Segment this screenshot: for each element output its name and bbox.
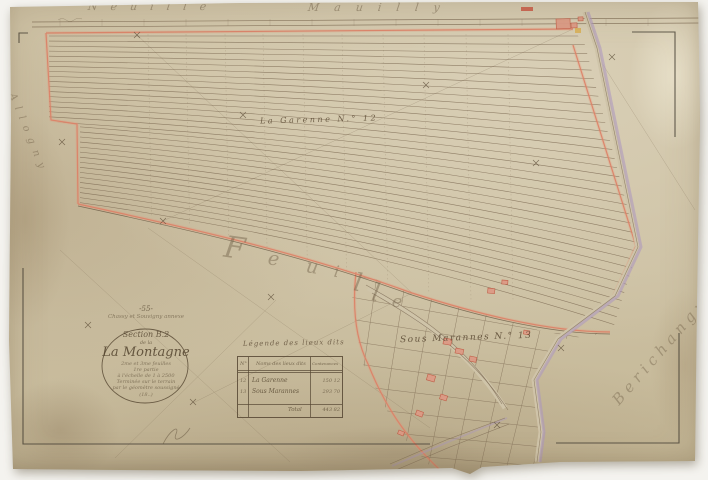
pen-flourish <box>163 428 190 444</box>
cartouche-header-note: Chassy et Souvigny annexe <box>101 315 191 321</box>
legend-row-no: 13 <box>240 390 246 395</box>
legend-row-value: 293 70 <box>323 390 341 395</box>
legend-total-line <box>238 404 342 405</box>
legend-col-name: Noms des lieux dits <box>256 362 306 367</box>
pen-scribble <box>58 18 82 21</box>
legend-row-line <box>238 370 342 371</box>
legend-total-label: Total <box>288 408 302 414</box>
cartouche-section: Section B.2 <box>101 331 191 339</box>
legend-col-line <box>248 357 249 417</box>
legend-total-value: 443 82 <box>323 408 341 413</box>
top-edge-commune-right: Mauilly <box>307 2 455 13</box>
legend-row-name: La Garenne <box>252 378 288 384</box>
legend-table: N° Noms des lieux dits Contenances 12 La… <box>237 356 343 418</box>
legend-row-value: 150 12 <box>323 379 341 384</box>
cartouche-subline: (18..) <box>101 393 191 398</box>
strip-dividers <box>148 34 513 300</box>
legend-row-line <box>238 372 342 373</box>
scanned-map-page: Neuille Mauilly Allogny Berichangy La Ga… <box>0 0 708 480</box>
north-boundary-road <box>32 18 700 27</box>
map-linework <box>0 0 708 480</box>
village-parcels <box>322 240 640 478</box>
legend-col-value: Contenances <box>312 362 338 366</box>
map-sheet: Neuille Mauilly Allogny Berichangy La Ga… <box>0 0 708 480</box>
top-edge-commune-left: Neuille <box>87 1 220 12</box>
cartouche-subline: par le géomètre soussigné <box>101 386 191 391</box>
yellow-building <box>575 28 581 33</box>
cartouche-name: La Montagne <box>101 346 191 359</box>
legend-row-no: 12 <box>240 379 246 384</box>
red-edge-mark <box>521 7 533 11</box>
map-sheet-wrap: Neuille Mauilly Allogny Berichangy La Ga… <box>0 0 708 480</box>
road <box>392 12 641 466</box>
big-letter: F <box>222 233 247 266</box>
village-streets <box>366 285 509 470</box>
legend-col-line <box>310 357 311 417</box>
legend-col-no: N° <box>240 362 247 367</box>
legend-row-name: Sous Marannes <box>252 389 299 395</box>
sheet-number: -55- <box>101 306 191 313</box>
